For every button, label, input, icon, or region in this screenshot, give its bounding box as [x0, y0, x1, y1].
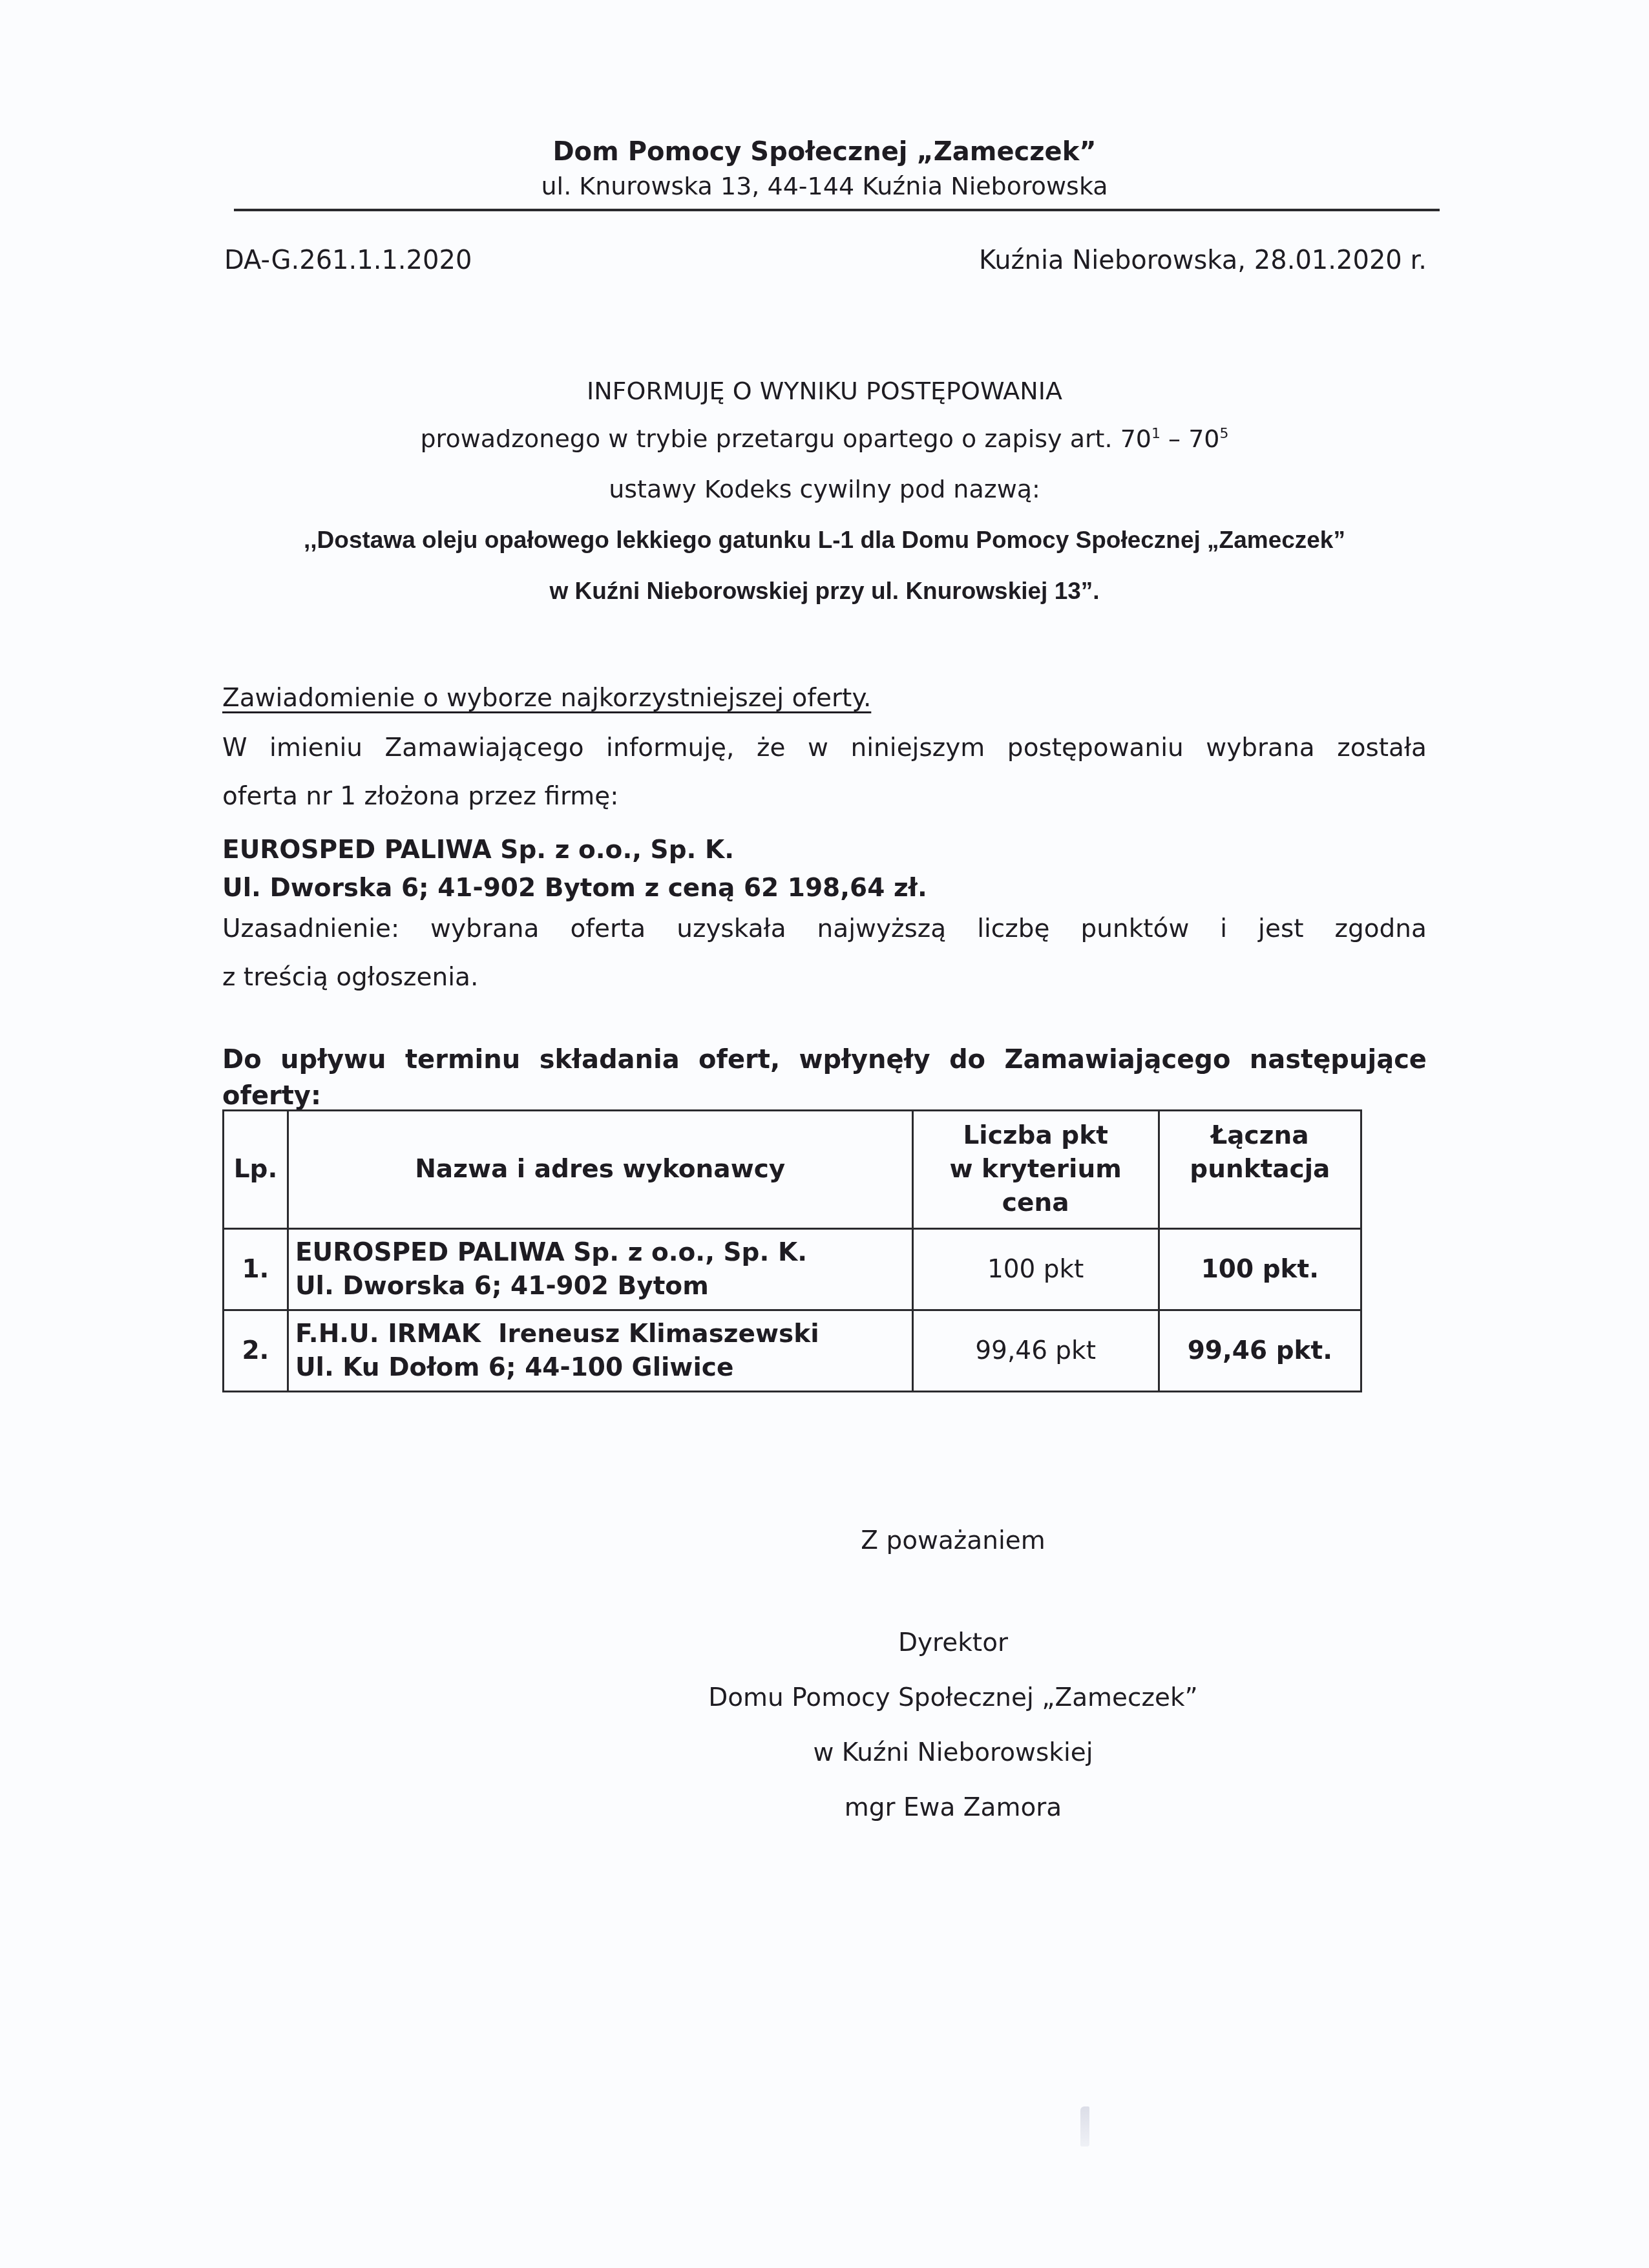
winner-company-name: EUROSPED PALIWA Sp. z o.o., Sp. K.: [222, 835, 1427, 865]
intro-text-line-2: oferta nr 1 złożona przez firmę:: [222, 782, 1427, 811]
column-header-lp: Lp.: [224, 1111, 288, 1229]
article-superscript-end: 5: [1220, 426, 1229, 442]
row-lp: 1.: [224, 1229, 288, 1310]
legal-basis-range: – 70: [1161, 425, 1220, 453]
intro-text-line-1: W imieniu Zamawiającego informuję, że w …: [222, 733, 1427, 762]
signatory-name: mgr Ewa Zamora: [0, 1793, 1649, 1822]
organization-name: Dom Pomocy Społecznej „Zameczek”: [0, 137, 1649, 167]
header-divider: [234, 209, 1440, 211]
row-total: 99,46 pkt.: [1159, 1310, 1361, 1392]
signatory-organization: Domu Pomocy Społecznej „Zameczek”: [0, 1683, 1649, 1712]
selection-heading: Zawiadomienie o wyborze najkorzystniejsz…: [222, 684, 1427, 713]
row-price-points: 99,46 pkt: [912, 1310, 1159, 1392]
signatory-place: w Kuźni Nieborowskiej: [0, 1738, 1649, 1767]
justification-line-1: Uzasadnienie: wybrana oferta uzyskała na…: [222, 914, 1427, 943]
article-superscript-start: 1: [1151, 426, 1161, 442]
signatory-title: Dyrektor: [0, 1628, 1649, 1657]
offers-table: Lp. Nazwa i adres wykonawcy Liczba pkt w…: [222, 1109, 1362, 1392]
table-header-row: Lp. Nazwa i adres wykonawcy Liczba pkt w…: [224, 1111, 1361, 1229]
row-total: 100 pkt.: [1159, 1229, 1361, 1310]
justification-line-2: z treścią ogłoszenia.: [222, 963, 1427, 992]
row-price-points: 100 pkt: [912, 1229, 1159, 1310]
place-and-date: Kuźnia Nieborowska, 28.01.2020 r.: [979, 246, 1427, 275]
notice-legal-basis: prowadzonego w trybie przetargu opartego…: [0, 425, 1649, 453]
procurement-subject-line-2: w Kuźni Nieborowskiej przy ul. Knurowski…: [0, 578, 1649, 605]
notice-statute: ustawy Kodeks cywilny pod nazwą:: [0, 475, 1649, 503]
row-lp: 2.: [224, 1310, 288, 1392]
organization-address: ul. Knurowska 13, 44-144 Kuźnia Nieborow…: [0, 172, 1649, 200]
procurement-subject-line-1: ,,Dostawa oleju opałowego lekkiego gatun…: [0, 527, 1649, 554]
column-header-total: Łączna punktacja: [1159, 1111, 1361, 1229]
table-row: 1. EUROSPED PALIWA Sp. z o.o., Sp. K. Ul…: [224, 1229, 1361, 1310]
scan-artifact: [1080, 2106, 1089, 2147]
column-header-price-points: Liczba pkt w kryterium cena: [912, 1111, 1159, 1229]
legal-basis-text: prowadzonego w trybie przetargu opartego…: [421, 425, 1151, 453]
closing-salutation: Z poważaniem: [0, 1526, 1649, 1555]
winner-address-price: Ul. Dworska 6; 41-902 Bytom z ceną 62 19…: [222, 874, 1427, 903]
column-header-contractor: Nazwa i adres wykonawcy: [288, 1111, 912, 1229]
table-row: 2. F.H.U. IRMAK Ireneusz Klimaszewski Ul…: [224, 1310, 1361, 1392]
offers-heading: Do upływu terminu składania ofert, wpłyn…: [222, 1042, 1427, 1114]
row-contractor: F.H.U. IRMAK Ireneusz Klimaszewski Ul. K…: [288, 1310, 912, 1392]
notice-heading: INFORMUJĘ O WYNIKU POSTĘPOWANIA: [0, 377, 1649, 405]
reference-number: DA-G.261.1.1.2020: [224, 246, 472, 275]
row-contractor: EUROSPED PALIWA Sp. z o.o., Sp. K. Ul. D…: [288, 1229, 912, 1310]
